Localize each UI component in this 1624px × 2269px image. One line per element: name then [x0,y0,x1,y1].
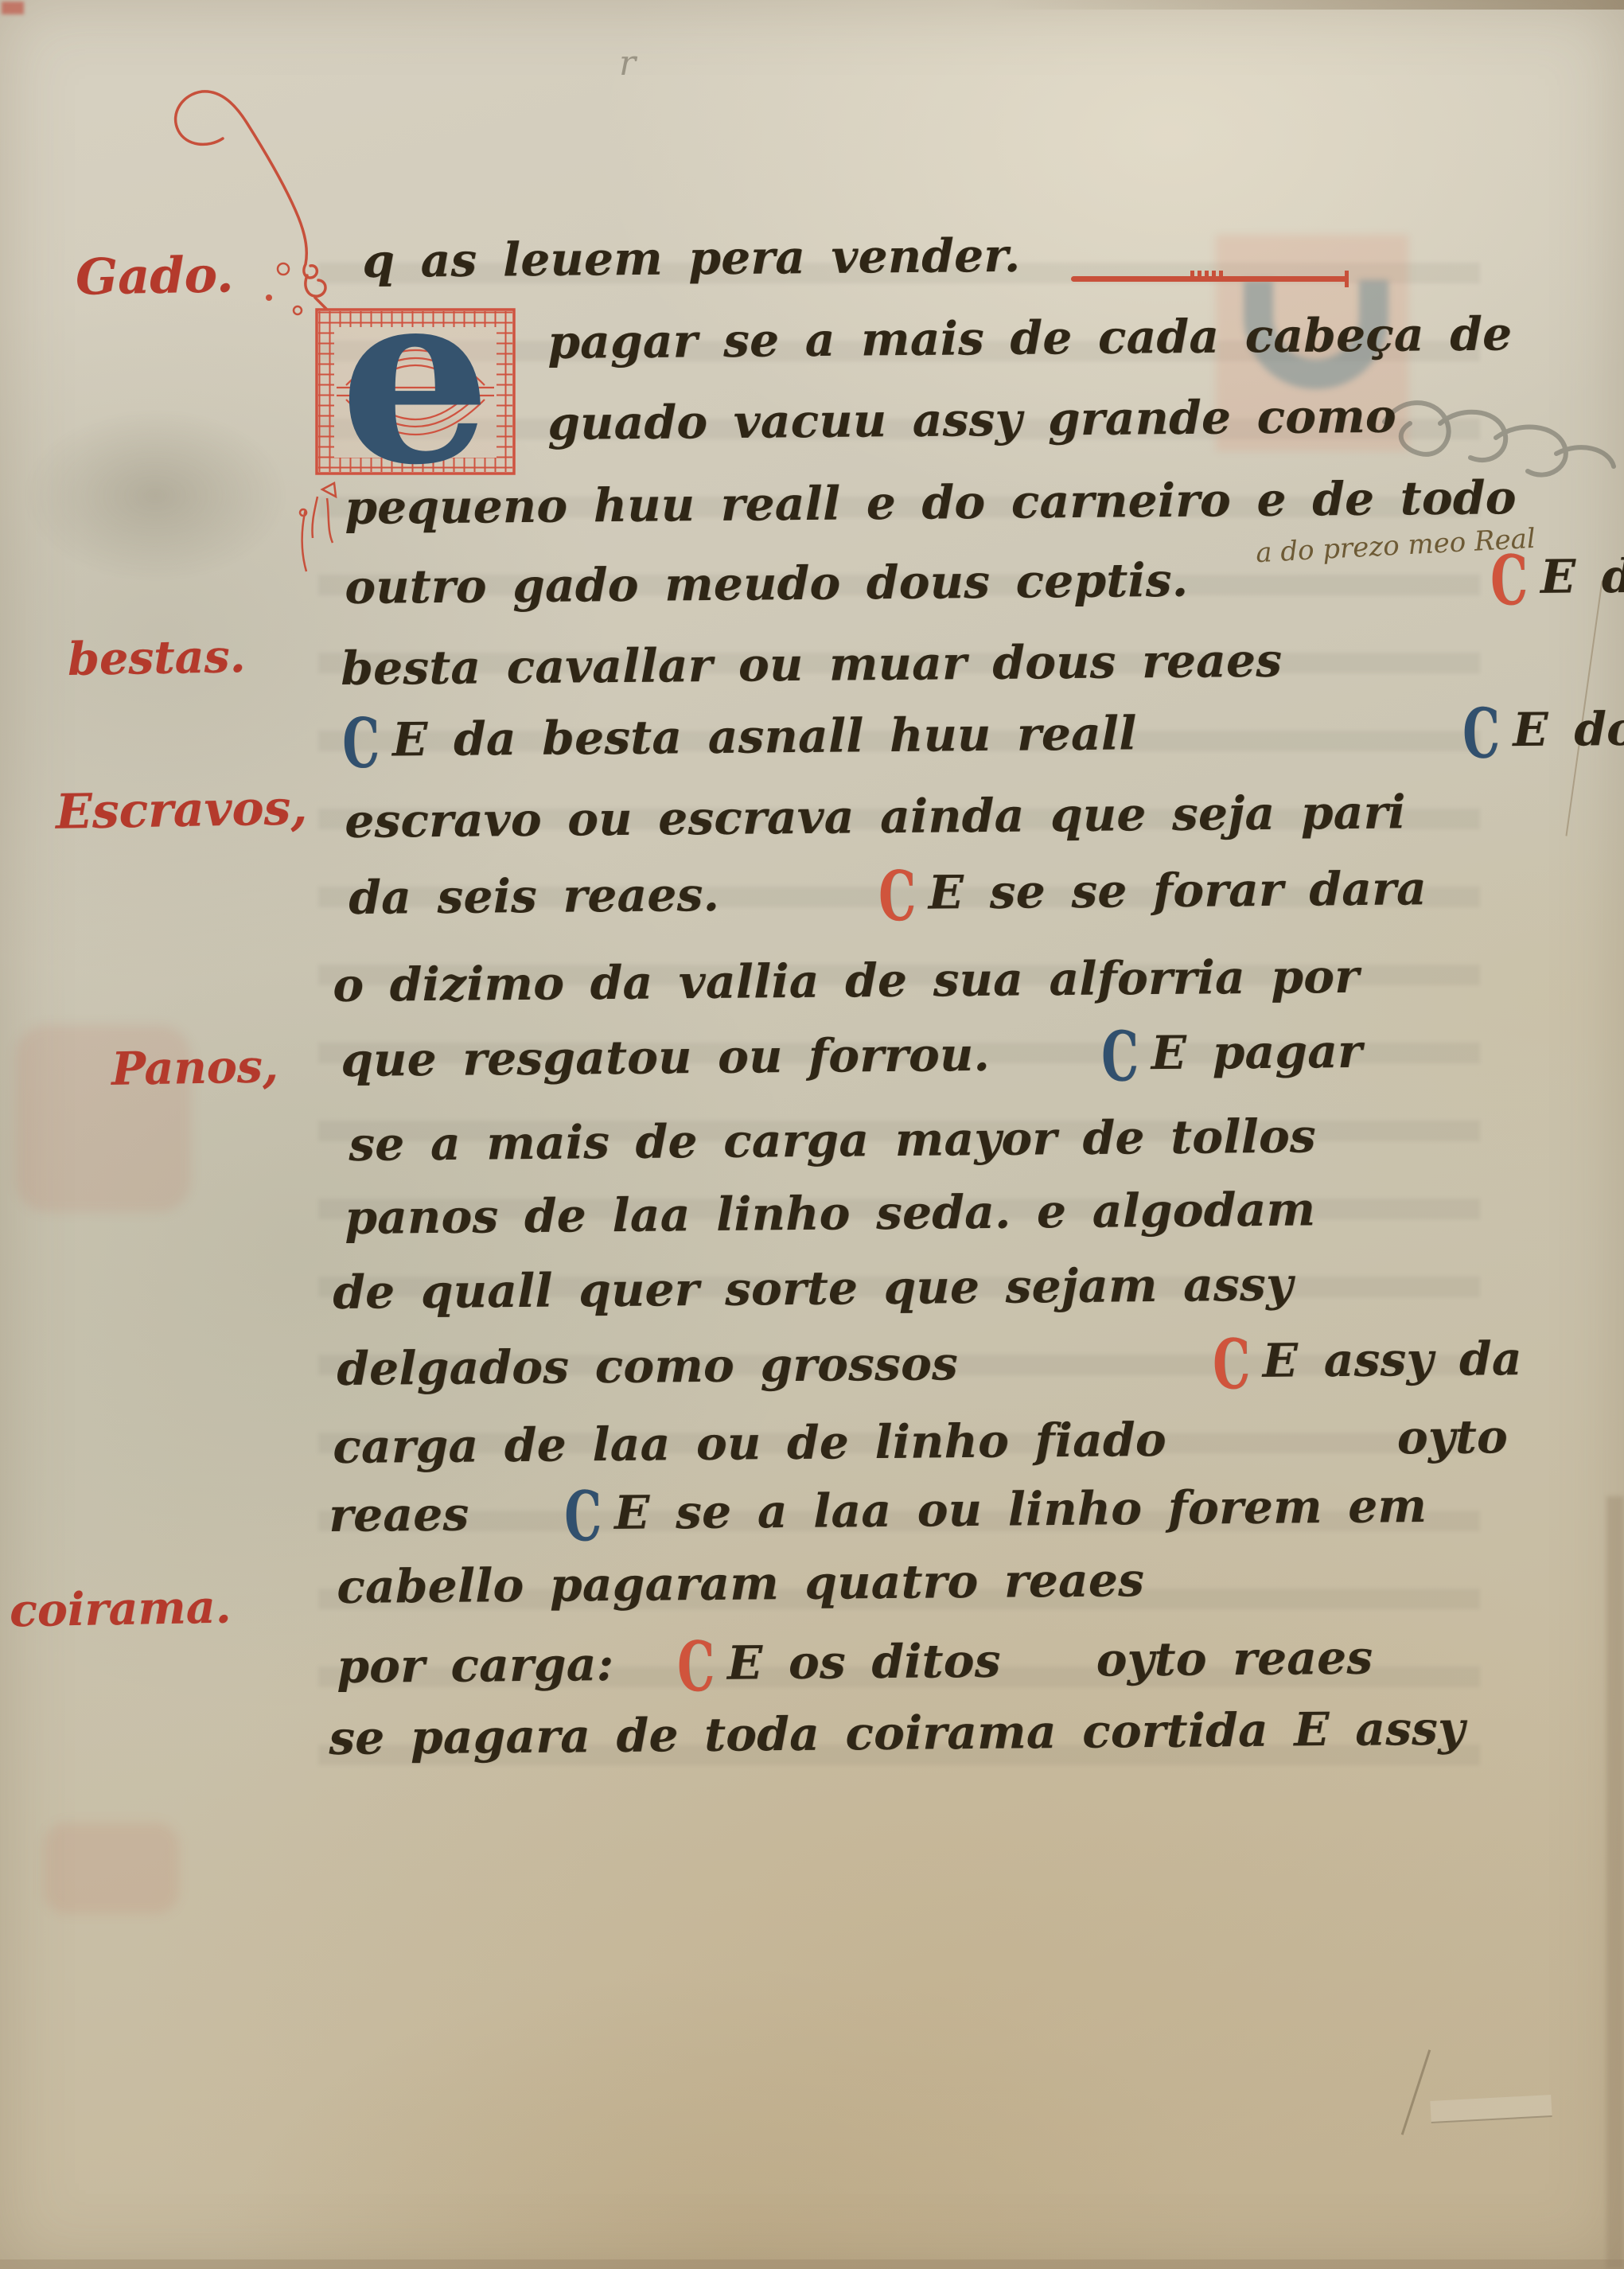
paraph-mark: C [1101,1034,1139,1080]
text-segment: o dizimo da vallia de sua alforria por [333,951,1359,1011]
text-segment: pagar se a mais de cada cabeça de [547,308,1513,368]
manuscript-line: outro gado meudo dous ceptis.CE de [345,551,1624,614]
manuscript-line: pagar se a mais de cada cabeça de [547,308,1513,368]
text-segment: oyto [1397,1411,1509,1463]
folio-mark: r [619,43,636,84]
manuscript-line: da seis reaes.CE se se forar dara [349,863,1427,925]
margin-rubric-escravos: Escravos, [55,780,307,840]
text-segment: E de [1540,551,1624,602]
manuscript-line: que resgatou ou forrou.CE pagar [341,1026,1362,1087]
text-segment: carga de laa ou de linho fiado [333,1414,1166,1472]
text-segment: E da besta asnall huu reall [392,708,1137,765]
manuscript-line: q as leuem pera vender. [362,230,1021,287]
page-edge [0,2259,1624,2269]
paraph-mark: C [1462,711,1500,757]
margin-rubric-coirama: coirama. [9,1581,232,1638]
text-segment: E se a laa ou linho forem em [614,1480,1427,1538]
paraph-mark: C [1213,1342,1250,1388]
manuscript-line: pequeno huu reall e do carneiro e de tod… [345,472,1517,533]
text-segment: de quall quer sorte que sejam assy [333,1258,1293,1318]
manuscript-line: besta cavallar ou muar dous reaes [341,635,1282,694]
manuscript-line: cabello pagaram quatro reaes [337,1554,1144,1612]
paraph-mark: C [342,721,380,767]
text-segment: pequeno huu reall e do carneiro e de tod… [345,472,1517,533]
text-segment: E se se forar dara [928,863,1427,918]
text-segment: se pagara de toda coirama cortida E assy [329,1703,1465,1764]
paraph-mark: C [564,1494,602,1540]
manuscript-line: de quall quer sorte que sejam assy [333,1258,1293,1318]
text-segment: que resgatou ou forrou. [341,1029,990,1086]
crease-mark [1401,2049,1431,2134]
text-segment: oyto reaes [1096,1632,1373,1686]
paraph-mark: C [677,1644,715,1690]
text-segment: panos de laa linho seda. e algodam [345,1183,1315,1243]
manuscript-line: se pagara de toda coirama cortida E assy [329,1703,1465,1764]
text-segment: E do [1513,704,1624,755]
corner-mark [2,2,24,14]
text-segment: cabello pagaram quatro reaes [337,1554,1144,1612]
manuscript-line: panos de laa linho seda. e algodam [345,1183,1315,1243]
text-segment: escravo ou escrava ainda que seja pari [345,786,1406,847]
text-segment: da seis reaes. [349,869,719,923]
paraph-mark: C [1490,558,1528,604]
decorated-initial: e [314,307,523,497]
manuscript-line: CE da besta asnall huu reallCE do [342,704,1624,767]
red-line-filler [1071,276,1348,282]
text-segment: E os ditos [727,1635,1001,1689]
manuscript-page: r Gado. bestas. Escravos, Panos, coirama… [0,0,1624,2269]
manuscript-line: se a mais de carga mayor de tollos [349,1110,1316,1170]
text-segment: por carga: [337,1639,614,1692]
manuscript-line: o dizimo da vallia de sua alforria por [333,951,1359,1011]
manuscript-line: reaesCE se a laa ou linho forem em [329,1480,1427,1542]
manuscript-line: carga de laa ou de linho fiadooyto [333,1411,1508,1472]
text-segment: E assy da [1262,1333,1522,1386]
text-segment: E pagar [1151,1026,1362,1078]
text-segment: se a mais de carga mayor de tollos [349,1110,1316,1170]
page-edge [987,0,1624,10]
manuscript-line: guado vacuu assy grande como [547,391,1396,449]
manuscript-line: por carga:CE os ditosoyto reaes [337,1632,1373,1694]
show-through-smudge [44,1823,179,1914]
text-segment: besta cavallar ou muar dous reaes [341,635,1282,694]
text-segment: outro gado meudo dous ceptis. [345,555,1188,613]
paraph-mark: C [878,874,916,920]
page-edge [1606,1496,1624,2269]
text-segment: reaes [329,1488,469,1541]
text-segment: delgados como grossos [337,1338,958,1394]
text-segment: q as leuem pera vender. [362,230,1021,287]
margin-rubric-bestas: bestas. [67,630,246,686]
crease-mark [1430,2095,1552,2123]
manuscript-line: escravo ou escrava ainda que seja pari [345,786,1406,847]
manuscript-line: delgados como grossosCE assy da [337,1333,1522,1396]
text-segment: guado vacuu assy grande como [547,391,1396,449]
margin-rubric-panos: Panos, [111,1039,278,1096]
initial-letter-glyph: e [340,307,492,494]
